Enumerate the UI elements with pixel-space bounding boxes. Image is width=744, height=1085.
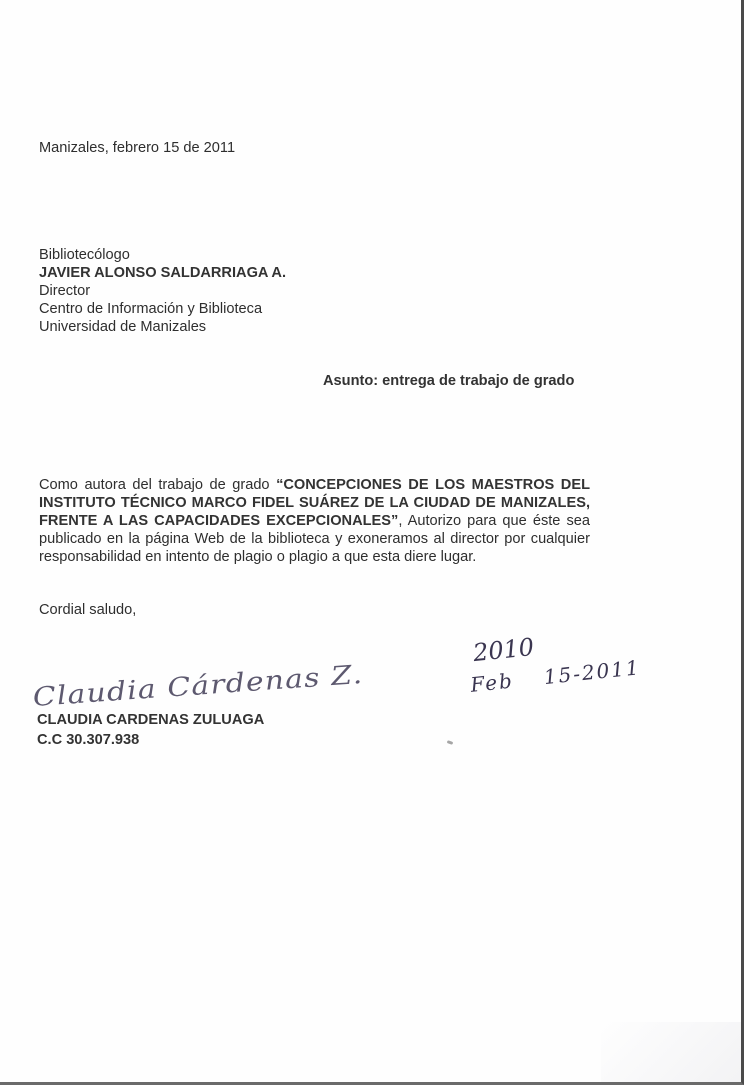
recipient-position: Director (39, 282, 286, 300)
scan-speck (447, 740, 454, 745)
handwritten-code: 2010 (472, 633, 536, 667)
handwritten-date: Feb 15-2011 (469, 655, 641, 697)
scanned-letter-page: Manizales, febrero 15 de 2011 Bibliotecó… (0, 0, 744, 1085)
signature: Claudia Cárdenas Z. (32, 660, 364, 713)
body-intro: Como autora del trabajo de grado (39, 477, 276, 493)
letter-body: Como autora del trabajo de grado “CONCEP… (39, 476, 590, 566)
date-line: Manizales, febrero 15 de 2011 (39, 139, 235, 157)
signer-id: C.C 30.307.938 (37, 731, 139, 749)
recipient-block: Bibliotecólogo JAVIER ALONSO SALDARRIAGA… (39, 246, 286, 336)
subject-line: Asunto: entrega de trabajo de grado (323, 372, 574, 390)
recipient-title: Bibliotecólogo (39, 246, 286, 264)
recipient-name: JAVIER ALONSO SALDARRIAGA A. (39, 264, 286, 282)
recipient-institution: Universidad de Manizales (39, 318, 286, 336)
closing-line: Cordial saludo, (39, 601, 136, 619)
signer-name: CLAUDIA CARDENAS ZULUAGA (37, 711, 264, 729)
scan-shading (601, 1022, 741, 1082)
recipient-department: Centro de Información y Biblioteca (39, 300, 286, 318)
